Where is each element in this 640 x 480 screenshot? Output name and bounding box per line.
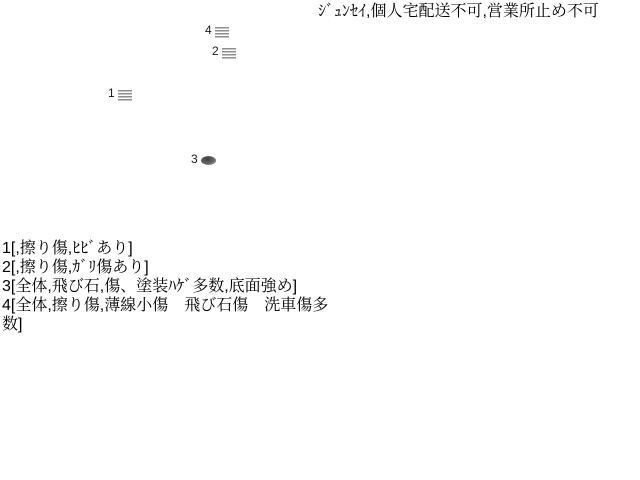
damage-map-canvas: ｼﾞｭﾝｾｲ,個人宅配送不可,営業所止め不可 4 2 1 3 1[,擦り傷,ﾋﾋ… <box>0 0 640 480</box>
legend-entry-4: 4[全体,擦り傷,薄線小傷 飛び石傷 洗車傷多数] <box>2 296 335 334</box>
dent-blob-icon <box>201 156 216 165</box>
shipping-note: ｼﾞｭﾝｾｲ,個人宅配送不可,営業所止め不可 <box>318 3 625 20</box>
damage-legend: 1[,擦り傷,ﾋﾋﾞあり] 2[,擦り傷,ｶﾞﾘ傷あり] 3[全体,飛び石,傷、… <box>2 239 335 334</box>
scratch-lines-icon <box>118 90 132 101</box>
damage-marker-3: 3 <box>191 154 216 165</box>
damage-marker-1: 1 <box>108 88 132 101</box>
damage-marker-3-number: 3 <box>191 154 198 165</box>
damage-marker-4: 4 <box>205 25 229 38</box>
legend-entry-3: 3[全体,飛び石,傷、塗装ﾊｹﾞ多数,底面強め] <box>2 277 335 296</box>
damage-marker-2: 2 <box>212 46 236 59</box>
legend-entry-1: 1[,擦り傷,ﾋﾋﾞあり] <box>2 239 335 258</box>
damage-marker-4-number: 4 <box>205 25 212 36</box>
scratch-lines-icon <box>215 27 229 38</box>
scratch-lines-icon <box>222 48 236 59</box>
damage-marker-1-number: 1 <box>108 88 115 99</box>
legend-entry-2: 2[,擦り傷,ｶﾞﾘ傷あり] <box>2 258 335 277</box>
damage-marker-2-number: 2 <box>212 46 219 57</box>
